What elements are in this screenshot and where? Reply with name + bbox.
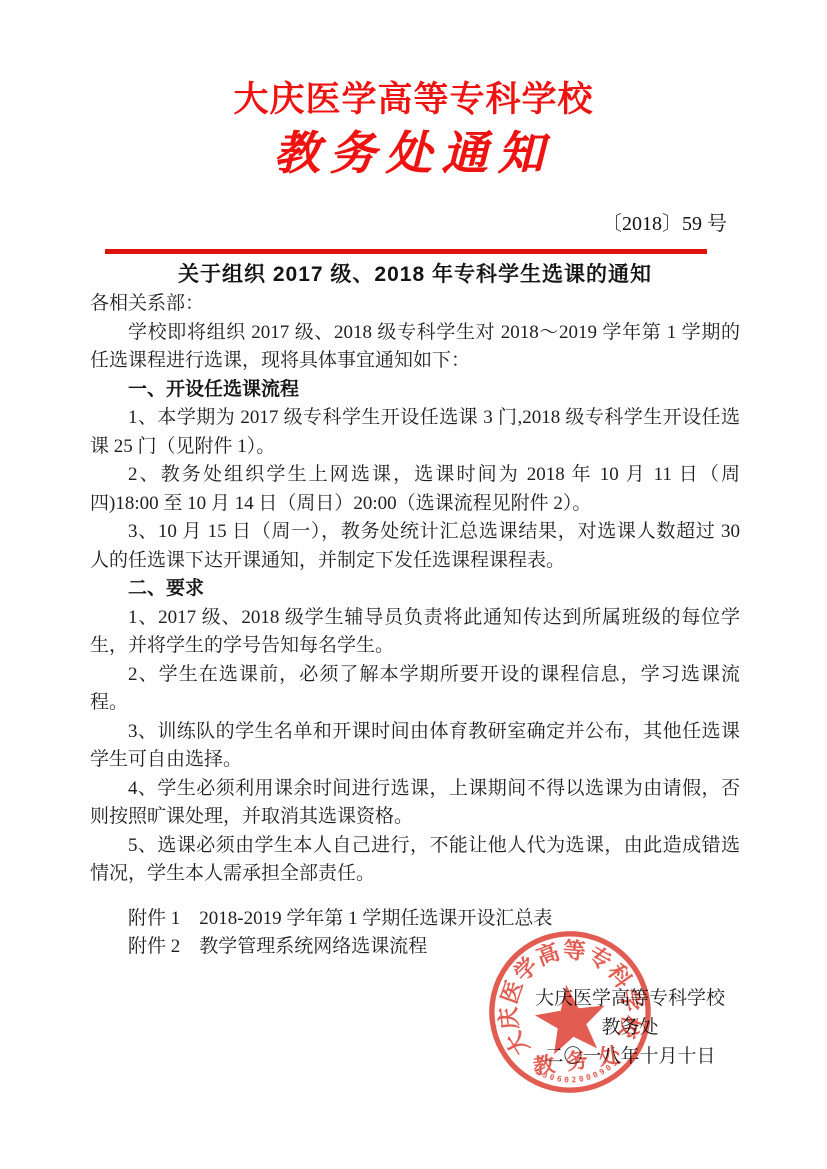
notice-type-heading: 教务处通知: [0, 126, 827, 182]
signature-org: 大庆医学高等专科学校: [508, 984, 752, 1013]
section-1-heading: 一、开设任选课流程: [90, 376, 740, 405]
section-2-item-4: 4、学生必须利用课余时间进行选课，上课期间不得以选课为由请假，否则按照旷课处理，…: [90, 775, 740, 832]
salutation: 各相关系部：: [90, 290, 740, 319]
section-1-item-3: 3、10 月 15 日（周一），教务处统计汇总选课结果，对选课人数超过 30 人…: [90, 518, 740, 575]
intro-paragraph: 学校即将组织 2017 级、2018 级专科学生对 2018～2019 学年第 …: [90, 319, 740, 376]
notice-body: 关于组织 2017 级、2018 年专科学生选课的通知 各相关系部： 学校即将组…: [0, 260, 827, 1071]
attachment-2: 附件 2 教学管理系统网络选课流程: [90, 933, 740, 962]
section-1-item-2: 2、教务处组织学生上网选课，选课时间为 2018 年 10 月 11 日（周四)…: [90, 461, 740, 518]
document-number: 〔2018〕59 号: [0, 212, 827, 236]
section-2-item-3: 3、训练队的学生名单和开课时间由体育教研室确定并公布，其他任选课学生可自由选择。: [90, 718, 740, 775]
notice-document-page: 大庆医学高等专科学校 教务处通知 〔2018〕59 号 关于组织 2017 级、…: [0, 0, 827, 1169]
section-2-item-5: 5、选课必须由学生本人自己进行，不能让他人代为选课，由此造成错选情况，学生本人需…: [90, 832, 740, 889]
notice-title: 关于组织 2017 级、2018 年专科学生选课的通知: [90, 260, 740, 290]
attachment-1: 附件 1 2018-2019 学年第 1 学期任选课开设汇总表: [90, 905, 740, 934]
signature-dept: 教务处: [508, 1013, 752, 1042]
signature-date: 二〇一八年十月十日: [508, 1042, 752, 1071]
red-divider-rule: [105, 249, 707, 254]
attachments-list: 附件 1 2018-2019 学年第 1 学期任选课开设汇总表 附件 2 教学管…: [90, 905, 740, 962]
school-name-heading: 大庆医学高等专科学校: [0, 0, 827, 124]
section-2-heading: 二、要求: [90, 575, 740, 604]
section-2-item-1: 1、2017 级、2018 级学生辅导员负责将此通知传达到所属班级的每位学生，并…: [90, 604, 740, 661]
section-2-item-2: 2、学生在选课前，必须了解本学期所要开设的课程信息，学习选课流程。: [90, 661, 740, 718]
section-1-item-1: 1、本学期为 2017 级专科学生开设任选课 3 门,2018 级专科学生开设任…: [90, 404, 740, 461]
signature-block: 大庆医学高等专科学校 教务处 二〇一八年十月十日: [508, 984, 752, 1071]
